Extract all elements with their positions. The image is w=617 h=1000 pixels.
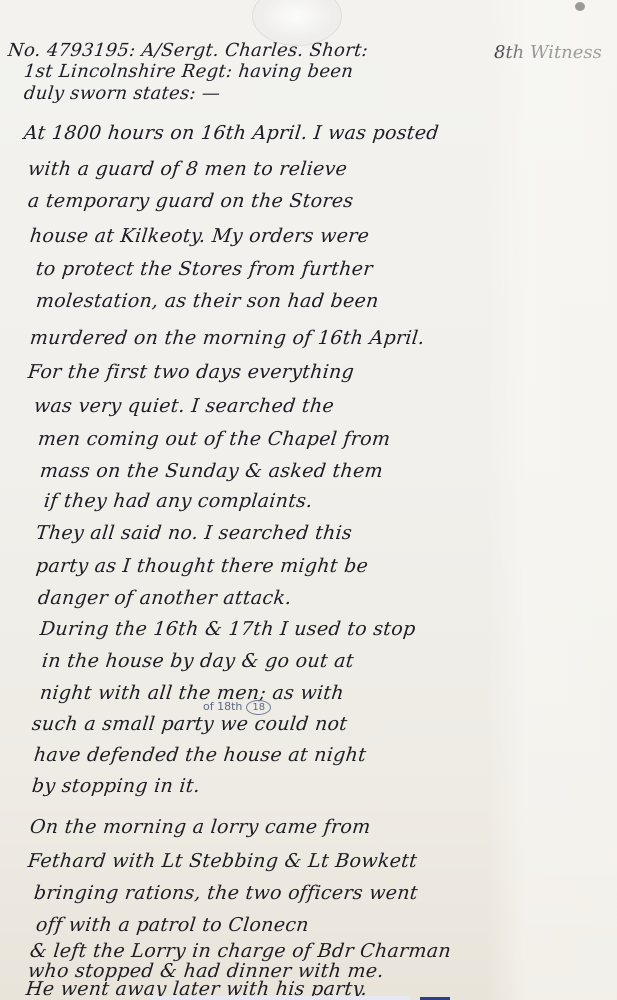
text-line: mass on the Sunday & asked them — [39, 460, 384, 482]
text-line: have defended the house at night — [33, 744, 367, 766]
text-line: party as I thought there might be — [35, 555, 370, 577]
text-line: At 1800 hours on 16th April. I was poste… — [23, 122, 440, 144]
text-line: bringing rations, the two officers went — [33, 882, 419, 904]
text-line: was very quiet. I searched the — [33, 395, 335, 417]
text-line: For the first two days everything — [27, 361, 355, 383]
text-line: men coming out of the Chapel from — [37, 428, 392, 450]
text-line: murdered on the morning of 16th April. — [29, 327, 426, 349]
annotation-insert: of 18th — [203, 700, 242, 713]
document-page: 8th Witness No. 4793195: A/Sergt. Charle… — [0, 0, 617, 1000]
text-line: No. 4793195: A/Sergt. Charles. Short: — [7, 40, 369, 61]
text-line: house at Kilkeoty. My orders were — [29, 225, 370, 247]
text-line: They all said no. I searched this — [35, 522, 353, 544]
text-line: by stopping in it. — [31, 775, 201, 797]
text-line: molestation, as their son had been — [35, 290, 380, 312]
scan-edge — [150, 996, 410, 1000]
text-line: to protect the Stores from further — [35, 258, 374, 280]
text-line: off with a patrol to Clonecn — [35, 914, 310, 936]
text-line: in the house by day & go out at — [41, 650, 355, 672]
text-line: danger of another attack. — [37, 587, 293, 609]
text-line: with a guard of 8 men to relieve — [27, 158, 349, 180]
text-line: On the morning a lorry came from — [29, 816, 372, 838]
text-line: a temporary guard on the Stores — [27, 190, 355, 212]
text-line: night with all the men; as with — [39, 682, 345, 704]
text-line: During the 16th & 17th I used to stop — [39, 618, 417, 640]
inline-annotation: of 18th18 — [203, 700, 271, 715]
punch-hole — [575, 2, 585, 11]
text-line: such a small party we could not — [31, 713, 349, 735]
text-line: & left the Lorry in charge of Bdr Charma… — [29, 940, 452, 962]
text-line: if they had any complaints. — [43, 490, 314, 512]
margin-note: 8th Witness — [494, 42, 602, 63]
annotation-circled: 18 — [246, 700, 271, 715]
text-line: 1st Lincolnshire Regt: having been — [23, 61, 354, 82]
text-line: duly sworn states: — — [23, 83, 221, 104]
text-line: Fethard with Lt Stebbing & Lt Bowkett — [27, 850, 419, 872]
